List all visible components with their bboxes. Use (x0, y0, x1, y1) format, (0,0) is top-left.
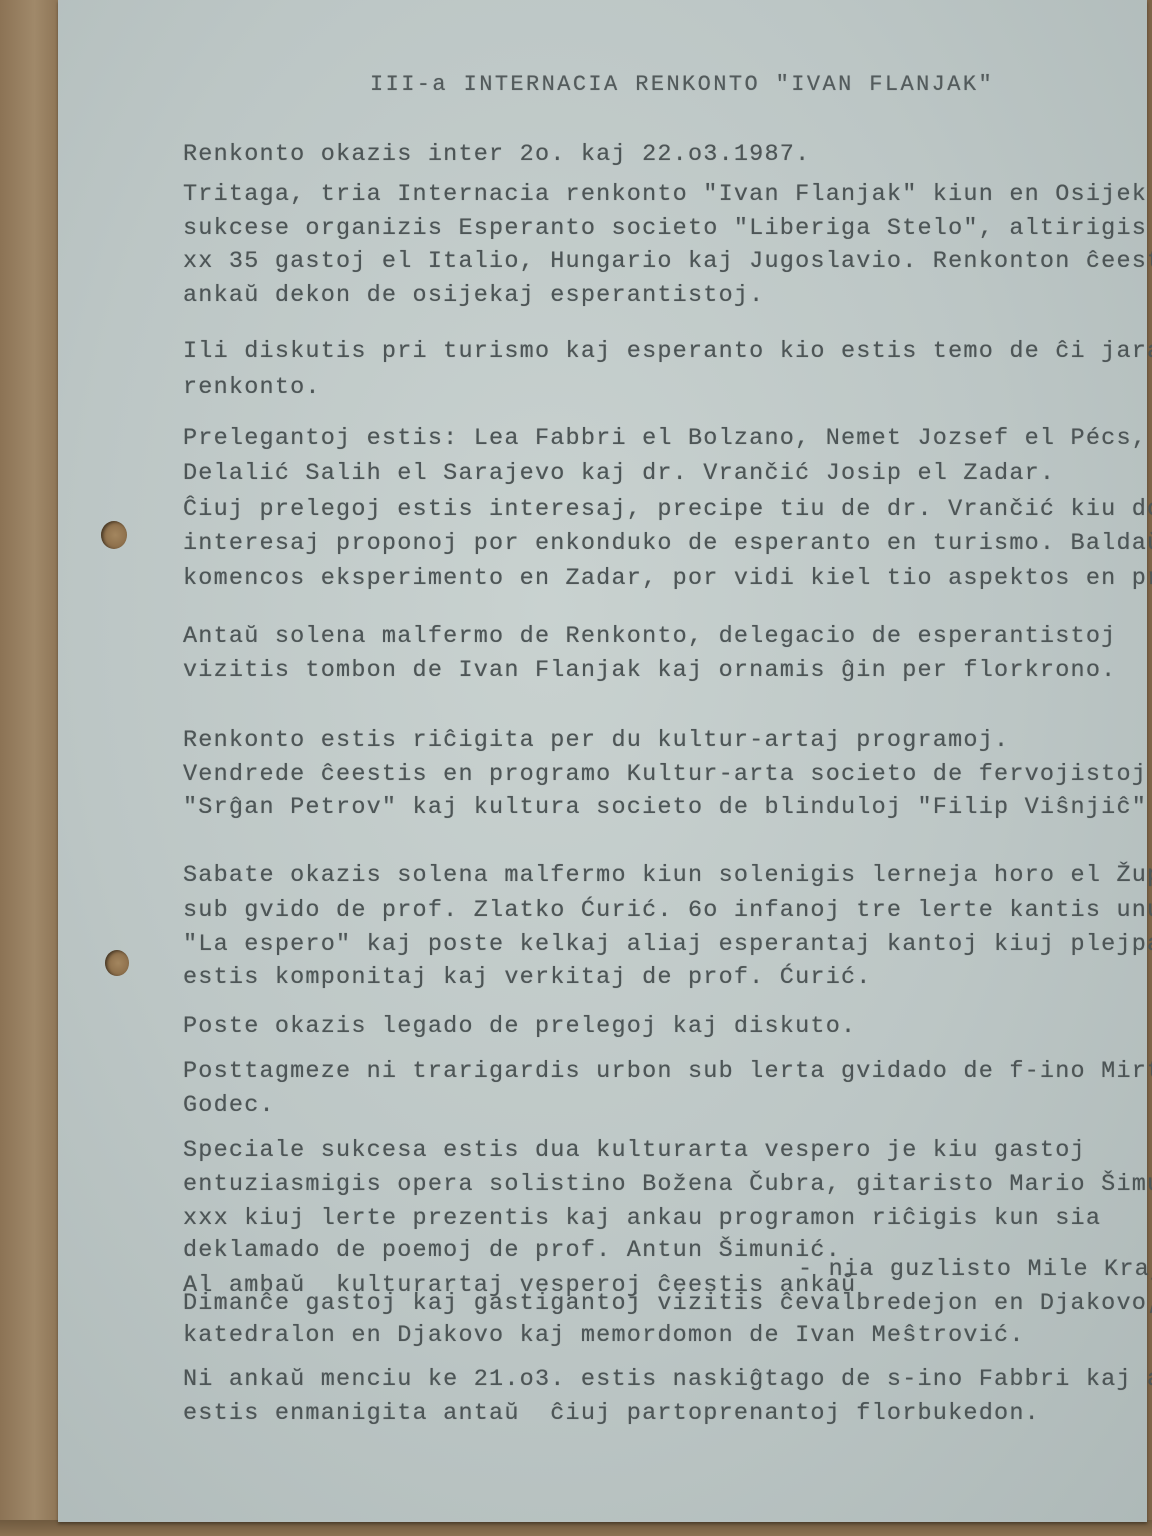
text-line: Poste okazis legado de prelegoj kaj disk… (183, 1013, 856, 1040)
text-line: katedralon en Djakovo kaj memordomon de … (183, 1322, 1025, 1349)
typewritten-page: III-a INTERNACIA RENKONTO "IVAN FLANJAK"… (58, 0, 1147, 1522)
wood-background-bottom (0, 1520, 1152, 1536)
text-line: vizitis tombon de Ivan Flanjak kaj ornam… (183, 657, 1116, 684)
text-line: Delalić Salih el Sarajevo kaj dr. Vranči… (183, 460, 1055, 487)
text-line: Tritaga, tria Internacia renkonto "Ivan … (183, 181, 1147, 208)
punch-hole-lower (105, 950, 129, 976)
punch-hole-upper (101, 521, 127, 549)
text-line: Ili diskutis pri turismo kaj esperanto k… (183, 338, 1152, 365)
text-line: renkonto. (183, 374, 321, 401)
text-line: estis komponitaj kaj verkitaj de prof. Ć… (183, 964, 872, 991)
text-line: ankaŭ dekon de osijekaj esperantistoj. (183, 282, 765, 309)
text-line: Sabate okazis solena malfermo kiun solen… (183, 862, 1152, 889)
document-title: III-a INTERNACIA RENKONTO "IVAN FLANJAK" (370, 72, 994, 97)
text-line: deklamado de poemoj de prof. Antun Šimun… (183, 1237, 841, 1264)
text-line: Godec. (183, 1092, 275, 1119)
text-line: Dimanĉe gastoj kaj gastigantoj vizitis ĉ… (183, 1290, 1152, 1317)
text-line: Ni ankaŭ menciu ke 21.o3. estis naskiĝta… (183, 1366, 1152, 1393)
text-line: entuziasmigis opera solistino Božena Čub… (183, 1171, 1152, 1198)
text-line: Prelegantoj estis: Lea Fabbri el Bolzano… (183, 425, 1147, 452)
text-line: Renkonto okazis inter 2o. kaj 22.o3.1987… (183, 141, 810, 168)
text-line: Speciale sukcesa estis dua kulturarta ve… (183, 1137, 1086, 1164)
text-line: xxx kiuj lerte prezentis kaj ankau progr… (183, 1205, 1101, 1232)
text-line: sukcese organizis Esperanto societo "Lib… (183, 215, 1147, 242)
text-line: xx 35 gastoj el Italio, Hungario kaj Jug… (183, 248, 1152, 275)
text-line: sub gvido de prof. Zlatko Ćurić. 6o infa… (183, 897, 1152, 924)
text-line: Antaŭ solena malfermo de Renkonto, deleg… (183, 623, 1116, 650)
text-line: interesaj proponoj por enkonduko de espe… (183, 530, 1152, 557)
text-line: Vendrede ĉeestis en programo Kultur-arta… (183, 761, 1147, 788)
text-line: Posttagmeze ni trarigardis urbon sub ler… (183, 1058, 1152, 1085)
text-line: "La espero" kaj poste kelkaj aliaj esper… (183, 931, 1152, 958)
text-line: estis enmanigita antaŭ ĉiuj partoprenant… (183, 1400, 1040, 1427)
text-line: Renkonto estis riĉigita per du kultur-ar… (183, 727, 1009, 754)
text-insert: - nia guzlisto Mile Krajina. (798, 1256, 1152, 1283)
text-line: Ĉiuj prelegoj estis interesaj, precipe t… (183, 496, 1152, 523)
text-line: komencos eksperimento en Zadar, por vidi… (183, 565, 1152, 592)
text-line: "Srĝan Petrov" kaj kultura societo de bl… (183, 794, 1152, 821)
